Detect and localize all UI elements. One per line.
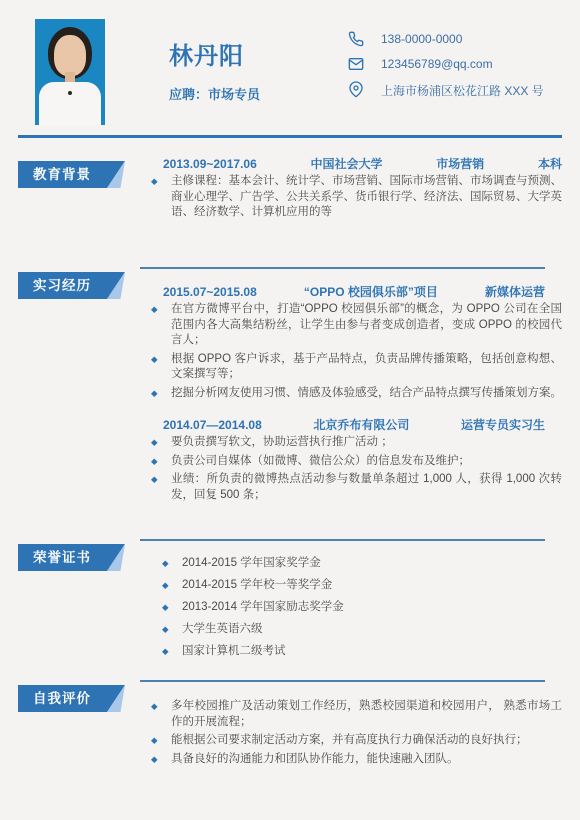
bullet-diamond-icon: ◆: [151, 472, 163, 488]
self-eval-bullets: ◆ 多年校园推广及活动策划工作经历，熟悉校园渠道和校园用户， 熟悉市场工作的开展…: [151, 699, 562, 770]
job1-period: 2015.07~2015.08: [163, 285, 257, 299]
job2-period: 2014.07—2014.08: [163, 418, 262, 432]
honor-text: 2013-2014 学年国家励志奖学金: [182, 596, 344, 618]
email-address: 123456789@qq.com: [381, 57, 493, 71]
bullet-diamond-icon: ◆: [151, 302, 163, 318]
bullet-text: 要负责撰写软文，协助运营执行推广活动 ；: [171, 435, 562, 451]
education-bullets: ◆ 主修课程：基本会计、统计学、市场营销、国际市场营销、市场调查与预测、商业心理…: [151, 174, 562, 224]
photo-shirt-button: [68, 91, 72, 95]
bullet-text: 负责公司自媒体（如微博、微信公众）的信息发布及维护；: [171, 454, 562, 470]
location-icon: [348, 81, 364, 99]
contact-block: 138-0000-0000 123456789@qq.com 上海市杨浦区松花江…: [348, 31, 544, 99]
resume-page: 林丹阳 应聘：市场专员 138-0000-0000 123456789@qq.c…: [0, 0, 580, 820]
job1-role: 新媒体运营: [485, 285, 545, 299]
home-address: 上海市杨浦区松花江路 XXX 号: [381, 82, 544, 99]
bullet-diamond-icon: ◆: [162, 640, 174, 662]
bullet-text: 多年校园推广及活动策划工作经历，熟悉校园渠道和校园用户， 熟悉市场工作的开展流程…: [171, 699, 562, 730]
list-item: ◆ 多年校园推广及活动策划工作经历，熟悉校园渠道和校园用户， 熟悉市场工作的开展…: [151, 699, 562, 730]
list-item: ◆ 具备良好的沟通能力和团队协作能力，能快速融入团队。: [151, 752, 562, 768]
honor-text: 2014-2015 学年校一等奖学金: [182, 574, 332, 596]
candidate-name: 林丹阳: [169, 36, 244, 71]
list-item: ◆ 要负责撰写软文，协助运营执行推广活动 ；: [151, 435, 562, 451]
honors-list: ◆ 2014-2015 学年国家奖学金 ◆ 2014-2015 学年校一等奖学金…: [162, 552, 562, 662]
honors-section-line: [140, 539, 545, 541]
bullet-text: 挖掘分析网友使用习惯、情感及体验感受，结合产品特点撰写传播策划方案。: [171, 386, 562, 402]
contact-address: 上海市杨浦区松花江路 XXX 号: [348, 81, 544, 99]
bullet-diamond-icon: ◆: [151, 733, 163, 749]
bullet-text: 在官方微博平台中，打造“OPPO 校园俱乐部”的概念，为 OPPO 公司在全国范…: [171, 302, 562, 349]
list-item: ◆ 在官方微博平台中，打造“OPPO 校园俱乐部”的概念，为 OPPO 公司在全…: [151, 302, 562, 349]
section-title: 实习经历: [33, 272, 91, 299]
education-school: 中国社会大学: [310, 157, 382, 171]
id-photo: [35, 19, 105, 125]
list-item: ◆ 2013-2014 学年国家励志奖学金: [162, 596, 562, 618]
list-item: ◆ 能根据公司要求制定活动方案，并有高度执行力确保活动的良好执行；: [151, 733, 562, 749]
bullet-text: 具备良好的沟通能力和团队协作能力，能快速融入团队。: [171, 752, 562, 768]
self-eval-section-line: [140, 680, 545, 682]
education-major: 市场营销: [436, 157, 484, 171]
education-entry-row: 2013.09~2017.06 中国社会大学 市场营销 本科: [163, 157, 562, 171]
list-item: ◆ 2014-2015 学年国家奖学金: [162, 552, 562, 574]
header-divider: [18, 135, 562, 138]
mail-icon: [348, 56, 364, 72]
bullet-text: 业绩：所负责的微博热点活动参与数量单条超过 1,000 人，获得 1,000 次…: [171, 472, 562, 503]
honor-text: 2014-2015 学年国家奖学金: [182, 552, 321, 574]
job2-role: 运营专员实习生: [461, 418, 545, 432]
bullet-diamond-icon: ◆: [162, 596, 174, 618]
phone-number: 138-0000-0000: [381, 32, 462, 46]
job1-org: “OPPO 校园俱乐部”项目: [304, 285, 438, 299]
list-item: ◆ 负责公司自媒体（如微博、微信公众）的信息发布及维护；: [151, 454, 562, 470]
honor-text: 大学生英语六级: [182, 618, 263, 640]
list-item: ◆ 挖掘分析网友使用习惯、情感及体验感受，结合产品特点撰写传播策划方案。: [151, 386, 562, 402]
bullet-diamond-icon: ◆: [162, 552, 174, 574]
list-item: ◆ 主修课程：基本会计、统计学、市场营销、国际市场营销、市场调查与预测、商业心理…: [151, 174, 562, 221]
bullet-diamond-icon: ◆: [151, 352, 163, 368]
bullet-diamond-icon: ◆: [162, 574, 174, 596]
bullet-text: 能根据公司要求制定活动方案，并有高度执行力确保活动的良好执行；: [171, 733, 562, 749]
list-item: ◆ 根据 OPPO 客户诉求，基于产品特点，负责品牌传播策略，包括创意构想、文案…: [151, 352, 562, 383]
bullet-diamond-icon: ◆: [151, 174, 163, 190]
job2-org: 北京乔布有限公司: [313, 418, 409, 432]
bullet-diamond-icon: ◆: [151, 699, 163, 715]
list-item: ◆ 业绩：所负责的微博热点活动参与数量单条超过 1,000 人，获得 1,000…: [151, 472, 562, 503]
job1-bullets: ◆ 在官方微博平台中，打造“OPPO 校园俱乐部”的概念，为 OPPO 公司在全…: [151, 302, 562, 404]
list-item: ◆ 2014-2015 学年校一等奖学金: [162, 574, 562, 596]
list-item: ◆ 国家计算机二级考试: [162, 640, 562, 662]
internship-section-line: [140, 267, 545, 269]
section-badge-self-eval: 自我评价: [18, 685, 130, 712]
phone-icon: [348, 31, 364, 47]
section-badge-internship: 实习经历: [18, 272, 130, 299]
photo-face: [54, 35, 86, 76]
honor-text: 国家计算机二级考试: [182, 640, 286, 662]
education-degree: 本科: [538, 157, 562, 171]
section-title: 荣誉证书: [33, 544, 91, 571]
bullet-text: 根据 OPPO 客户诉求，基于产品特点，负责品牌传播策略，包括创意构想、文案撰写…: [171, 352, 562, 383]
bullet-diamond-icon: ◆: [162, 618, 174, 640]
bullet-diamond-icon: ◆: [151, 752, 163, 768]
bullet-diamond-icon: ◆: [151, 454, 163, 470]
section-title: 自我评价: [33, 685, 91, 712]
bullet-diamond-icon: ◆: [151, 435, 163, 451]
list-item: ◆ 大学生英语六级: [162, 618, 562, 640]
section-title: 教育背景: [33, 161, 91, 188]
section-badge-education: 教育背景: [18, 161, 130, 188]
bullet-text: 主修课程：基本会计、统计学、市场营销、国际市场营销、市场调查与预测、商业心理学、…: [171, 174, 562, 221]
job2-entry-row: 2014.07—2014.08 北京乔布有限公司 运营专员实习生: [163, 418, 545, 432]
education-period: 2013.09~2017.06: [163, 157, 257, 171]
applying-position: 应聘：市场专员: [169, 84, 260, 103]
section-badge-honors: 荣誉证书: [18, 544, 130, 571]
bullet-diamond-icon: ◆: [151, 386, 163, 402]
job2-bullets: ◆ 要负责撰写软文，协助运营执行推广活动 ； ◆ 负责公司自媒体（如微博、微信公…: [151, 435, 562, 506]
contact-email: 123456789@qq.com: [348, 56, 544, 72]
job1-entry-row: 2015.07~2015.08 “OPPO 校园俱乐部”项目 新媒体运营: [163, 285, 545, 299]
contact-phone: 138-0000-0000: [348, 31, 544, 47]
photo-shirt: [39, 82, 101, 125]
